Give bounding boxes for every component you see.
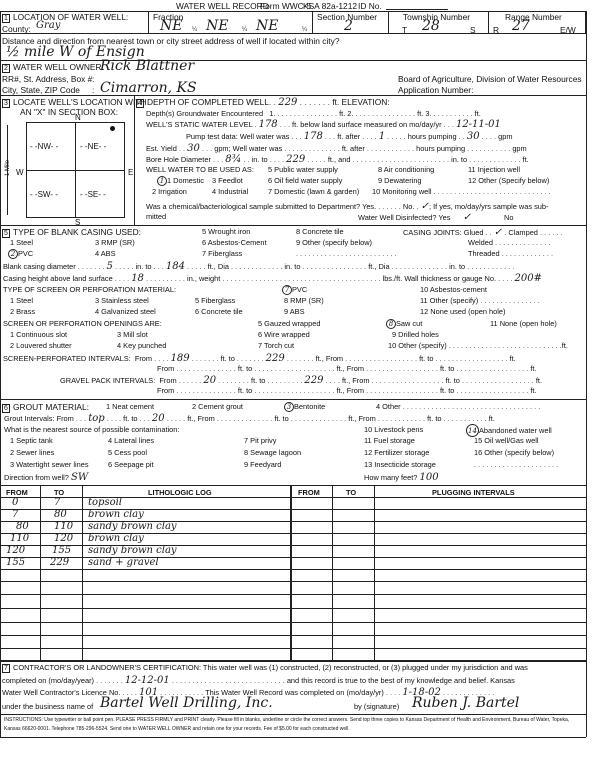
- static-water-row: WELL'S STATIC WATER LEVEL . 178 . . . ft…: [146, 119, 501, 130]
- completed-date-field[interactable]: 12-12-01: [125, 675, 170, 686]
- openings-label: SCREEN OR PERFORATION OPENINGS ARE:: [3, 319, 162, 328]
- screen-pvc[interactable]: 7PVC: [282, 285, 307, 295]
- section-2-heading: 2WATER WELL OWNER:: [2, 62, 104, 73]
- address-label: RR#, St. Address, Box #: [2, 74, 92, 84]
- plug-header-intervals: PLUGGING INTERVALS: [432, 488, 515, 497]
- screen-other[interactable]: 11 Other (specify) . . . . . . . . . . .…: [420, 296, 540, 305]
- opening-drilled[interactable]: 9 Drilled holes: [392, 330, 439, 339]
- casing-asbestos[interactable]: 6 Asbestos-Cement: [202, 238, 267, 247]
- screen-asbestos[interactable]: 10 Asbestos-cement: [420, 285, 487, 294]
- gravel-interval-row-2: From . . . . . . . . . . . . . . . ft. t…: [157, 386, 537, 395]
- joints-threaded[interactable]: Threaded . . . . . . . . . . . . .: [468, 249, 553, 258]
- feet-row: How many feet? 100: [364, 472, 439, 483]
- form-title: WATER WELL RECORD: [176, 1, 269, 11]
- casing-abs[interactable]: 4 ABS: [95, 249, 116, 258]
- board-label: Board of Agriculture, Division of Water …: [398, 74, 582, 84]
- joints-welded[interactable]: Welded . . . . . . . . . . . . . .: [468, 238, 550, 247]
- pump-gpm-field[interactable]: 30: [467, 131, 480, 142]
- source-oilgas[interactable]: 15 Oil well/Gas well: [474, 436, 538, 445]
- grout-bentonite[interactable]: 3Bentonite: [284, 402, 325, 412]
- source-other[interactable]: 16 Other (specify below): [474, 448, 554, 457]
- opening-continuous[interactable]: 1 Continuous slot: [10, 330, 67, 339]
- source-lateral[interactable]: 4 Lateral lines: [108, 436, 154, 445]
- use-feedlot[interactable]: 3 Feedlot: [212, 176, 243, 185]
- opening-louvered[interactable]: 2 Louvered shutter: [10, 341, 72, 350]
- opening-wire[interactable]: 6 Wire wrapped: [258, 330, 310, 339]
- casing-pvc[interactable]: 2PVC: [8, 249, 33, 259]
- screen-galvanized[interactable]: 4 Galvanized steel: [95, 307, 156, 316]
- use-public[interactable]: 5 Public water supply: [268, 165, 338, 174]
- use-label: WELL WATER TO BE USED AS:: [146, 165, 254, 174]
- statute: KSA 82a-1212: [303, 1, 357, 11]
- grid-nw: - -NW- -: [30, 142, 58, 151]
- id-field[interactable]: [386, 9, 448, 10]
- source-livestock[interactable]: 10 Livestock pens: [364, 425, 423, 434]
- section-number-field[interactable]: 2: [344, 18, 353, 34]
- screen-steel[interactable]: 1 Steel: [10, 296, 33, 305]
- gravel-interval-row-1: GRAVEL PACK INTERVALS: From . . . . . . …: [60, 375, 542, 386]
- screen-none[interactable]: 12 None used (open hole): [420, 307, 505, 316]
- casing-concrete[interactable]: 8 Concrete tile: [296, 227, 344, 236]
- joints-row: CASING JOINTS: Glued . . ✓ . Clamped . .…: [403, 227, 563, 238]
- disinfected-yes-check[interactable]: ✓: [463, 212, 471, 223]
- grid-ne: - -NE- -: [80, 142, 106, 151]
- direction-field[interactable]: SW: [71, 472, 88, 483]
- use-oilfield[interactable]: 6 Oil field water supply: [268, 176, 342, 185]
- bore-dia-field[interactable]: 8¾: [225, 154, 241, 165]
- feet-field[interactable]: 100: [419, 472, 438, 483]
- section-5-heading: 5TYPE OF BLANK CASING USED:: [2, 227, 141, 238]
- business-label: under the business name of: [2, 702, 93, 711]
- sample-row: Was a chemical/bacteriological sample su…: [146, 201, 549, 212]
- section-1-heading: 1LOCATION OF WATER WELL:: [2, 12, 128, 23]
- grout-intervals-row: Grout Intervals: From . . . top . . . . …: [4, 413, 495, 424]
- casing-height-field[interactable]: 18: [131, 273, 144, 284]
- fraction-2[interactable]: NE: [206, 18, 228, 34]
- opening-gauzed[interactable]: 5 Gauzed wrapped: [258, 319, 320, 328]
- use-irrigation[interactable]: 2 Irrigation: [152, 187, 187, 196]
- gauge-field[interactable]: 200#: [515, 273, 542, 284]
- sample-no-check[interactable]: ✓: [421, 201, 429, 212]
- grout-neat[interactable]: 1 Neat cement: [106, 402, 154, 411]
- source-privy[interactable]: 7 Pit privy: [244, 436, 276, 445]
- use-monitoring[interactable]: 10 Monitoring well . . . . . . . . . . .…: [372, 187, 551, 196]
- source-fertilizer[interactable]: 12 Fertilizer storage: [364, 448, 429, 457]
- application-label: Application Number:: [398, 85, 473, 95]
- gravel-from-field[interactable]: 20: [203, 375, 216, 386]
- ew-selector[interactable]: E/W: [560, 25, 576, 35]
- signature-field[interactable]: Ruben J. Bartel: [412, 695, 519, 711]
- county-label: County:: [2, 24, 31, 34]
- casing-steel[interactable]: 1 Steel: [10, 238, 33, 247]
- grout-from-field[interactable]: top: [88, 413, 104, 424]
- well-location-dot: [110, 126, 115, 131]
- source-seepage[interactable]: 6 Seepage pit: [108, 460, 154, 469]
- yield-row: Est. Yield . . 30 . . . gpm; Well water …: [146, 143, 527, 154]
- screen-interval-row-2: From . . . . . . . . . . . . . . . ft. t…: [157, 364, 537, 373]
- log-header-to: TO: [54, 488, 64, 497]
- screen-to-field[interactable]: 229: [266, 353, 285, 364]
- screen-from-field[interactable]: 189: [171, 353, 190, 364]
- source-feedyard[interactable]: 9 Feedyard: [244, 460, 281, 469]
- casing-to-field[interactable]: 184: [166, 261, 185, 272]
- opening-saw-cut[interactable]: 8Saw cut: [386, 319, 422, 329]
- bore-to-field[interactable]: 229: [286, 154, 305, 165]
- static-date-field[interactable]: 12-11-01: [456, 119, 501, 130]
- casing-rmp[interactable]: 3 RMP (SR): [95, 238, 135, 247]
- source-sewer[interactable]: 2 Sewer lines: [10, 448, 54, 457]
- use-air[interactable]: 8 Air conditioning: [378, 165, 434, 174]
- depth-field[interactable]: 229: [278, 97, 297, 108]
- opening-key[interactable]: 4 Key punched: [117, 341, 166, 350]
- instructions: INSTRUCTIONS: Use typewriter or ball poi…: [4, 716, 582, 734]
- owner-field[interactable]: Rick Blattner: [100, 58, 194, 74]
- log-header-lithologic: LITHOLOGIC LOG: [148, 488, 212, 497]
- screen-stainless[interactable]: 3 Stainless steel: [95, 296, 149, 305]
- county-field[interactable]: Gray: [36, 20, 60, 31]
- pump-test-row: Pump test data: Well water was . . . 178…: [186, 131, 512, 142]
- grid-se: - -SE- -: [80, 190, 106, 199]
- casing-other[interactable]: 9 Other (specify below): [296, 238, 372, 247]
- business-field[interactable]: Bartel Well Drilling, Inc.: [100, 695, 273, 711]
- opening-none[interactable]: 11 None (open hole): [490, 319, 557, 328]
- casing-diameter-row: Blank casing diameter . . . . . . . 5 . …: [3, 261, 514, 272]
- use-other[interactable]: 12 Other (Specify below): [468, 176, 549, 185]
- certification-line-1: 7CONTRACTOR'S OR LANDOWNER'S CERTIFICATI…: [2, 663, 528, 673]
- fraction-1[interactable]: NE: [160, 18, 182, 34]
- source-insecticide[interactable]: 13 Insecticide storage: [364, 460, 436, 469]
- source-watertight[interactable]: 3 Watertight sewer lines: [10, 460, 89, 469]
- source-fuel[interactable]: 11 Fuel storage: [364, 436, 415, 445]
- source-lagoon[interactable]: 8 Sewage lagoon: [244, 448, 301, 457]
- joints-glued-check[interactable]: ✓: [494, 227, 502, 238]
- screen-abs[interactable]: 9 ABS: [284, 307, 305, 316]
- township-field[interactable]: 28: [422, 18, 440, 34]
- screen-fiberglass[interactable]: 5 Fiberglass: [195, 296, 235, 305]
- opening-mill[interactable]: 3 Mill slot: [117, 330, 148, 339]
- groundwater-row: Depth(s) Groundwater Encountered 1. . . …: [146, 109, 481, 118]
- direction-row: Direction from well? SW: [4, 472, 88, 483]
- disinfected-row: Water Well Disinfected? Yes ✓ No: [358, 212, 513, 223]
- grout-cement[interactable]: 2 Cement grout: [192, 402, 243, 411]
- plug-header-to: TO: [346, 488, 356, 497]
- city-label: City, State, ZIP Code: [2, 85, 80, 95]
- section-6-heading: 6GROUT MATERIAL:: [2, 402, 89, 413]
- log-header-from: FROM: [6, 488, 28, 497]
- completed-row: completed on (mo/day/year) . . . . . . .…: [2, 675, 515, 686]
- static-level-field[interactable]: 178: [259, 119, 278, 130]
- opening-other[interactable]: 10 Other (specify) . . . . . . . . . . .…: [388, 341, 568, 350]
- use-injection[interactable]: 11 Injection well: [468, 165, 520, 174]
- contamination-label: What is the nearest source of possible c…: [4, 425, 179, 434]
- range-field[interactable]: 27: [512, 18, 530, 34]
- city-field[interactable]: Cimarron, KS: [100, 80, 197, 96]
- grout-to-field[interactable]: 20: [152, 413, 165, 424]
- use-industrial[interactable]: 4 Industrial: [212, 187, 248, 196]
- casing-wrought[interactable]: 5 Wrought iron: [202, 227, 250, 236]
- grout-other[interactable]: 4 Other . . . . . . . . . . . . . . . . …: [376, 402, 540, 411]
- casing-fiberglass[interactable]: 7 Fiberglass: [202, 249, 242, 258]
- yield-field[interactable]: 30: [187, 143, 200, 154]
- fraction-3[interactable]: NE: [256, 18, 278, 34]
- use-dewatering[interactable]: 9 Dewatering: [378, 176, 422, 185]
- use-domestic[interactable]: 11 Domestic: [157, 176, 204, 186]
- screen-material-label: TYPE OF SCREEN OR PERFORATION MATERIAL:: [3, 285, 176, 294]
- section-4-heading: 4DEPTH OF COMPLETED WELL. . 229 . . . . …: [136, 97, 390, 108]
- screen-concrete[interactable]: 6 Concrete tile: [195, 307, 243, 316]
- bore-row: Bore Hole Diameter . . . 8¾ . . in. to .…: [146, 154, 529, 165]
- signature-label: by (signature): [354, 702, 399, 711]
- source-septic[interactable]: 1 Septic tank: [10, 436, 53, 445]
- gravel-to-field[interactable]: 229: [304, 375, 323, 386]
- screen-rmp[interactable]: 8 RMP (SR): [284, 296, 324, 305]
- grid-sw: - -SW- -: [30, 190, 58, 199]
- screen-interval-row-1: SCREEN-PERFORATED INTERVALS: From . . . …: [3, 353, 516, 364]
- id-label: ID No.: [358, 1, 382, 11]
- opening-torch[interactable]: 7 Torch cut: [258, 341, 294, 350]
- pump-water-field[interactable]: 178: [304, 131, 323, 142]
- source-cesspool[interactable]: 5 Cess pool: [108, 448, 147, 457]
- use-lawn[interactable]: 7 Domestic (lawn & garden): [268, 187, 359, 196]
- screen-brass[interactable]: 2 Brass: [10, 307, 35, 316]
- casing-height-row: Casing height above land surface . . . .…: [3, 273, 542, 284]
- plug-header-from: FROM: [298, 488, 320, 497]
